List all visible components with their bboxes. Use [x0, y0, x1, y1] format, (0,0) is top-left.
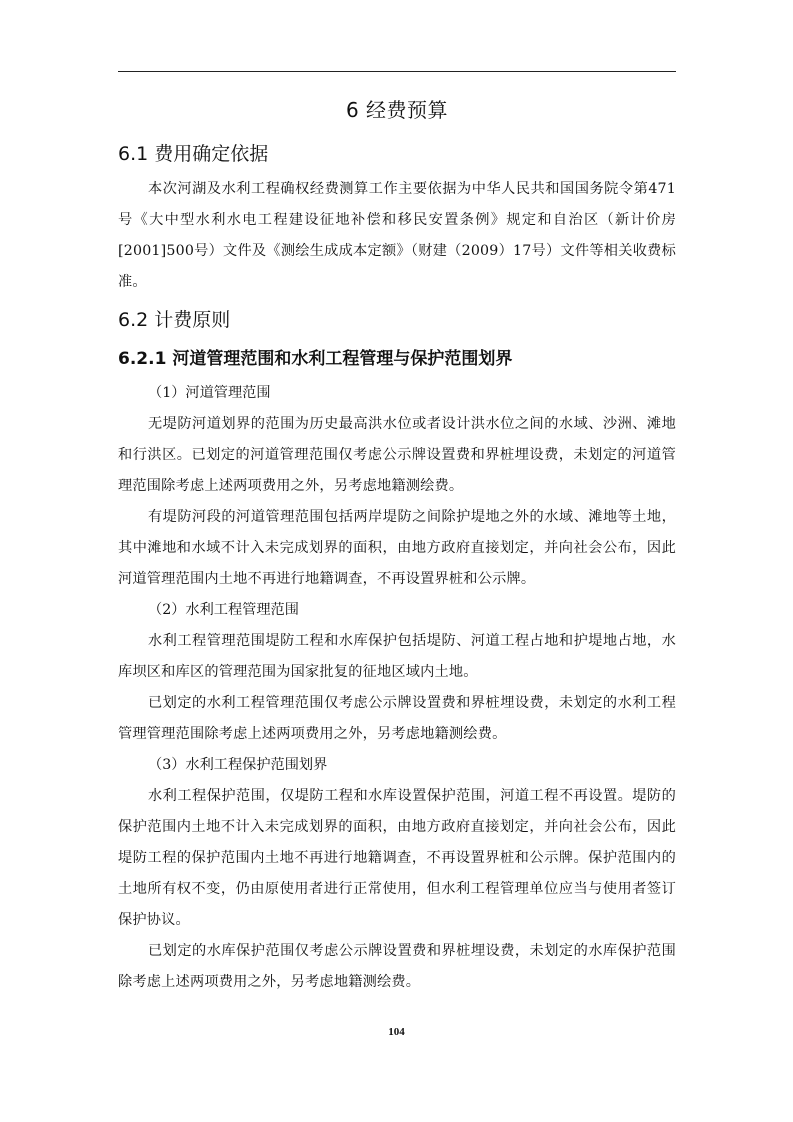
section-heading-6-2: 6.2 计费原则 [118, 300, 676, 340]
item-label-2: （2）水利工程管理范围 [118, 595, 676, 626]
header-rule [118, 71, 676, 72]
item-2-paragraph-1: 水利工程管理范围堤防工程和水库保护包括堤防、河道工程占地和护堤地占地，水库坝区和… [118, 626, 676, 688]
section-heading-6-1: 6.1 费用确定依据 [118, 134, 676, 174]
page-number: 104 [0, 1026, 793, 1038]
chapter-title: 6 经费预算 [118, 88, 676, 132]
section-heading-6-2-1: 6.2.1 河道管理范围和水利工程管理与保护范围划界 [118, 340, 676, 378]
item-3-paragraph-2: 已划定的水库保护范围仅考虑公示牌设置费和界桩埋设费，未划定的水库保护范围除考虑上… [118, 936, 676, 998]
item-label-3: （3）水利工程保护范围划界 [118, 750, 676, 781]
item-label-1: （1）河道管理范围 [118, 378, 676, 409]
item-1-paragraph-2: 有堤防河段的河道管理范围包括两岸堤防之间除护堤地之外的水域、滩地等土地，其中滩地… [118, 502, 676, 595]
document-page: 6 经费预算 6.1 费用确定依据 本次河湖及水利工程确权经费测算工作主要依据为… [118, 88, 676, 998]
item-2-paragraph-2: 已划定的水利工程管理范围仅考虑公示牌设置费和界桩埋设费，未划定的水利工程管理管理… [118, 688, 676, 750]
section-6-1-paragraph: 本次河湖及水利工程确权经费测算工作主要依据为中华人民共和国国务院令第471号《大… [118, 174, 676, 298]
item-1-paragraph-1: 无堤防河道划界的范围为历史最高洪水位或者设计洪水位之间的水域、沙洲、滩地和行洪区… [118, 409, 676, 502]
item-3-paragraph-1: 水利工程保护范围，仅堤防工程和水库设置保护范围，河道工程不再设置。堤防的保护范围… [118, 781, 676, 936]
